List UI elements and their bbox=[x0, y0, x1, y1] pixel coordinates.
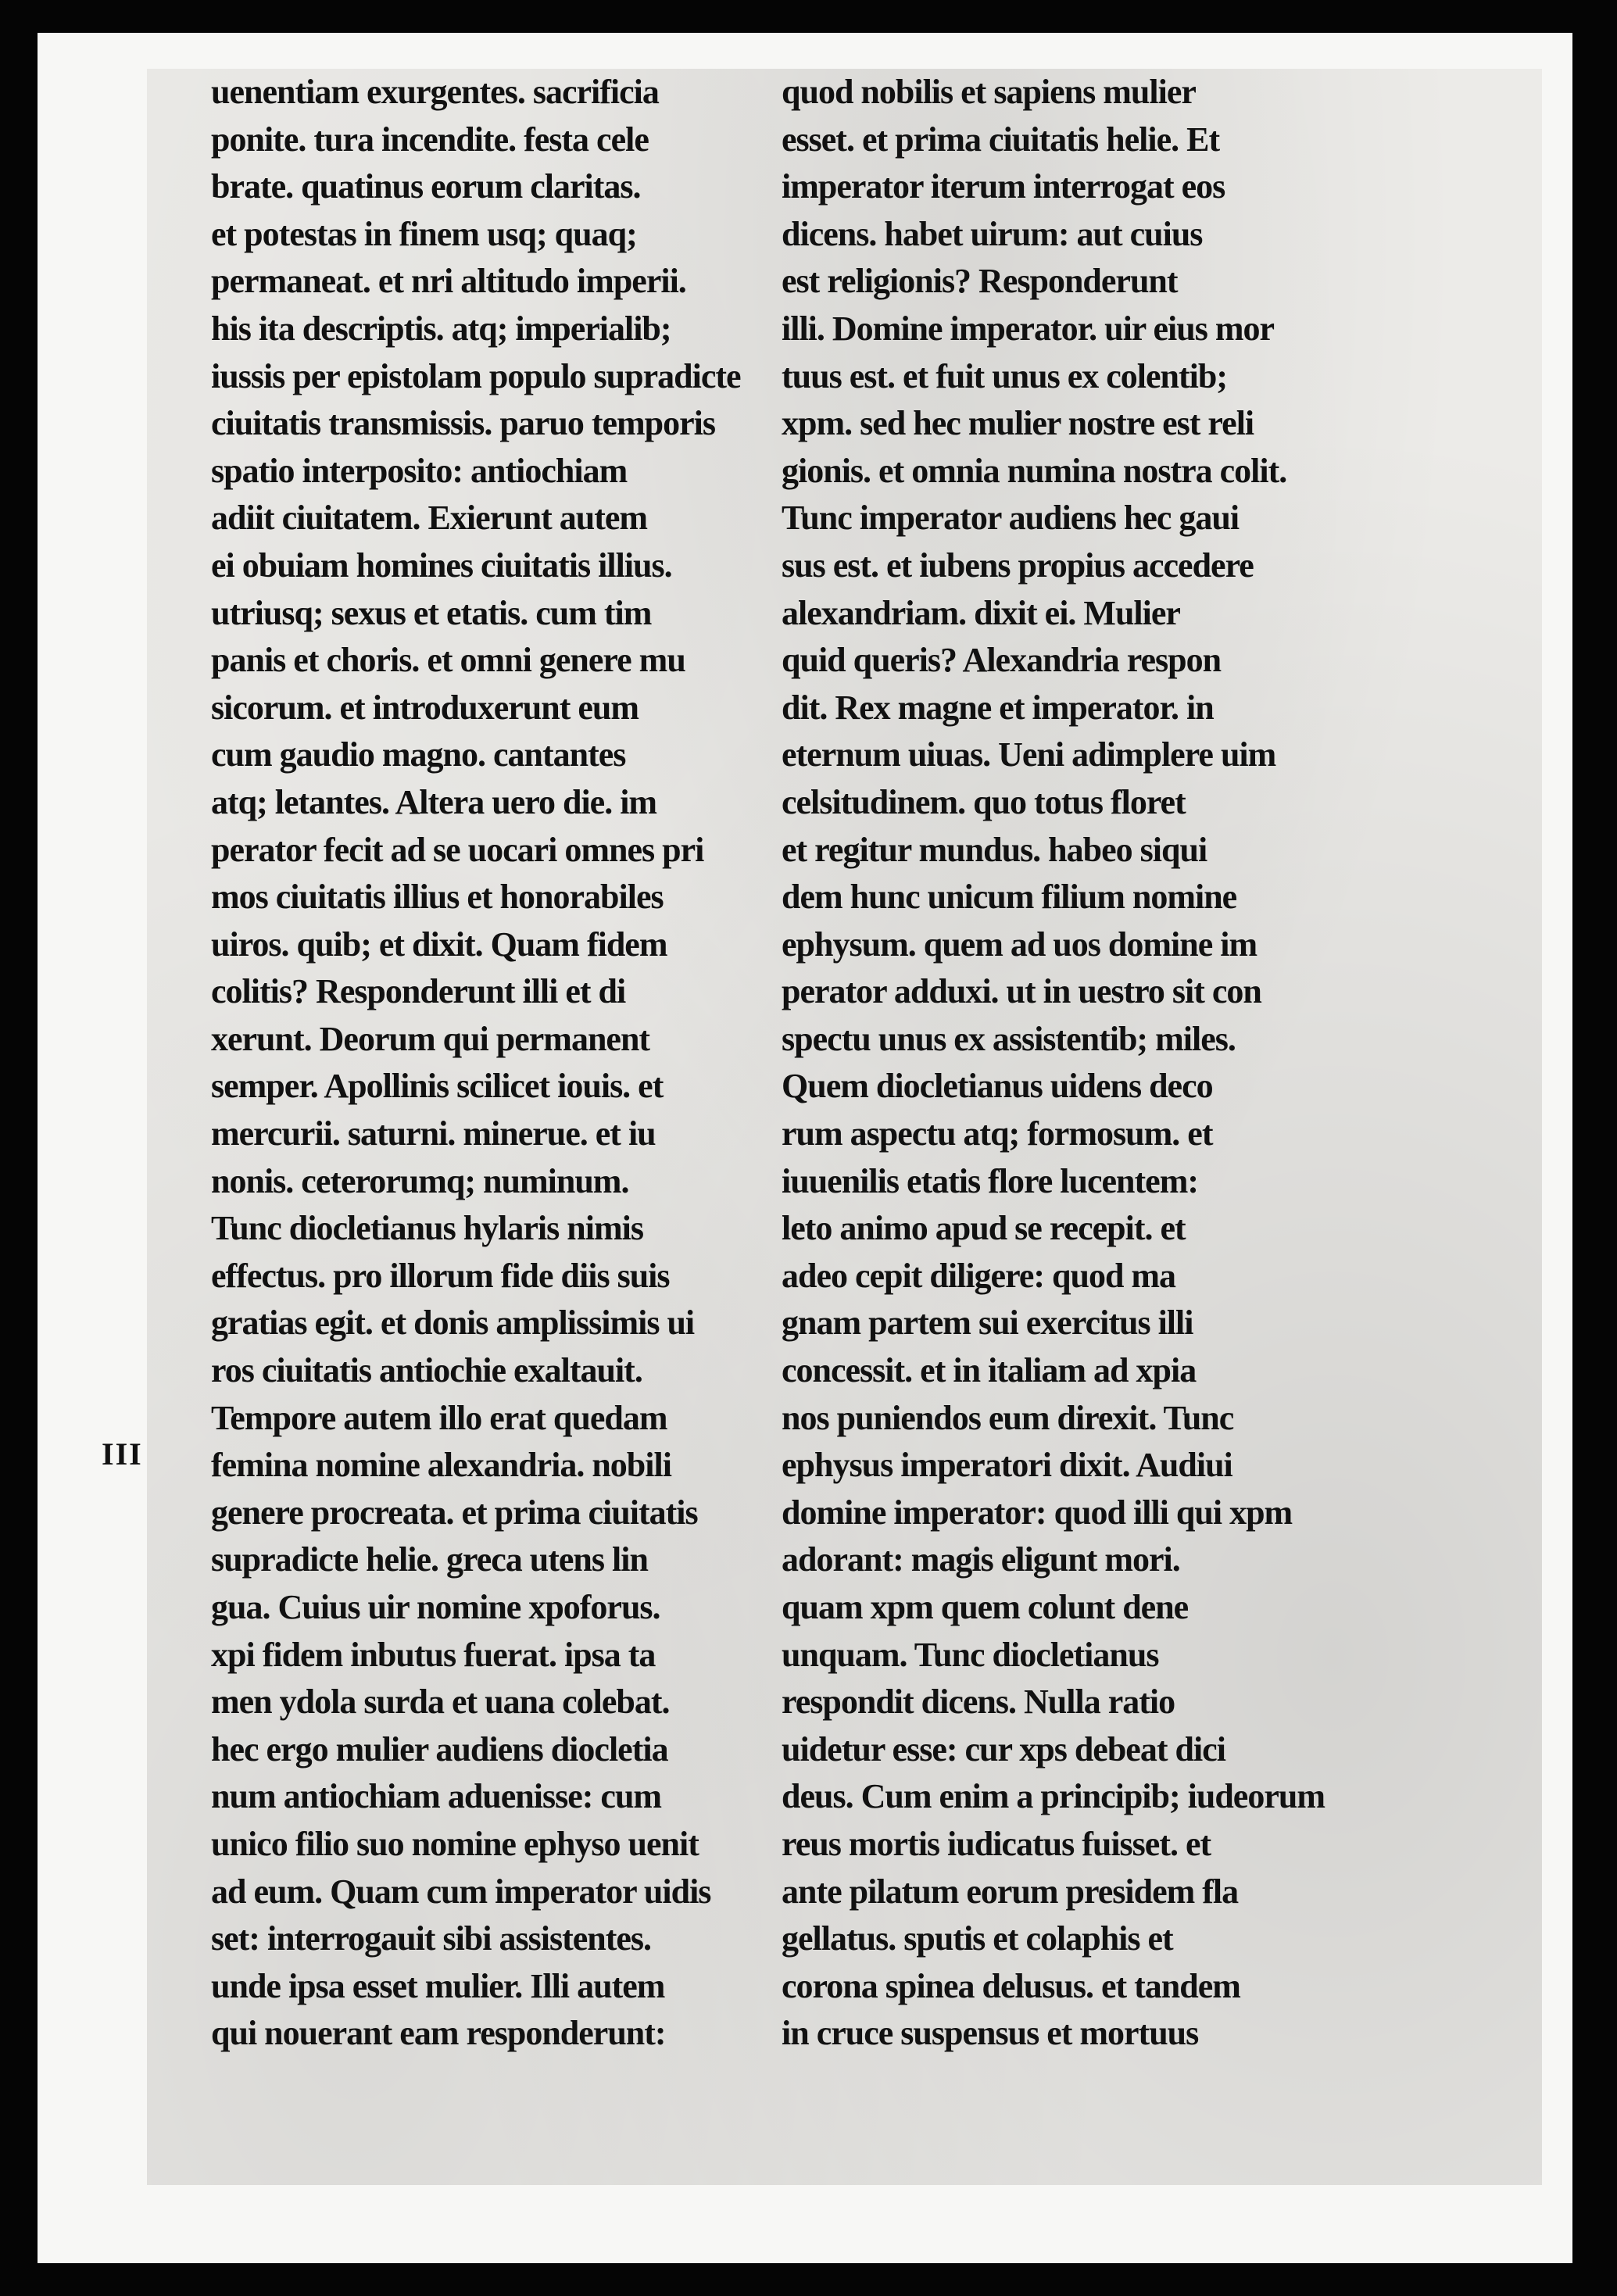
text-line: quod nobilis et sapiens mulier bbox=[782, 69, 1399, 116]
text-line: mos ciuitatis illius et honorabiles bbox=[211, 874, 852, 921]
text-line: ponite. tura incendite. festa cele bbox=[211, 116, 852, 164]
text-line: uiros. quib; et dixit. Quam fidem bbox=[211, 921, 852, 969]
text-line: unde ipsa esset mulier. Illi autem bbox=[211, 1963, 852, 2011]
text-line: spatio interposito: antiochiam bbox=[211, 448, 852, 495]
text-line: Tunc diocletianus hylaris nimis bbox=[211, 1205, 852, 1253]
text-line: ei obuiam homines ciuitatis illius. bbox=[211, 542, 852, 590]
text-line: reus mortis iudicatus fuisset. et bbox=[782, 1821, 1399, 1869]
text-line: xpm. sed hec mulier nostre est reli bbox=[782, 400, 1399, 448]
text-line: tuus est. et fuit unus ex colentib; bbox=[782, 353, 1399, 401]
text-line: respondit dicens. Nulla ratio bbox=[782, 1679, 1399, 1726]
text-line: num antiochiam aduenisse: cum bbox=[211, 1773, 852, 1821]
text-line: imperator iterum interrogat eos bbox=[782, 163, 1399, 211]
text-line: adorant: magis eligunt mori. bbox=[782, 1536, 1399, 1584]
text-line: gua. Cuius uir nomine xpoforus. bbox=[211, 1584, 852, 1632]
text-line: semper. Apollinis scilicet iouis. et bbox=[211, 1063, 852, 1110]
text-line: deus. Cum enim a principib; iudeorum bbox=[782, 1773, 1399, 1821]
text-line: illi. Domine imperator. uir eius mor bbox=[782, 306, 1399, 353]
text-line: Tempore autem illo erat quedam bbox=[211, 1395, 852, 1443]
text-line: supradicte helie. greca utens lin bbox=[211, 1536, 852, 1584]
left-text-column: uenentiam exurgentes. sacrificiaponite. … bbox=[211, 69, 852, 2058]
text-line: concessit. et in italiam ad xpia bbox=[782, 1347, 1399, 1395]
text-line: men ydola surda et uana colebat. bbox=[211, 1679, 852, 1726]
text-line: uenentiam exurgentes. sacrificia bbox=[211, 69, 852, 116]
right-text-column: quod nobilis et sapiens mulieresset. et … bbox=[782, 69, 1399, 2058]
text-line: quid queris? Alexandria respon bbox=[782, 637, 1399, 685]
text-line: leto animo apud se recepit. et bbox=[782, 1205, 1399, 1253]
text-line: et regitur mundus. habeo siqui bbox=[782, 827, 1399, 874]
text-line: uidetur esse: cur xps debeat dici bbox=[782, 1726, 1399, 1774]
text-line: corona spinea delusus. et tandem bbox=[782, 1963, 1399, 2011]
text-line: est religionis? Responderunt bbox=[782, 258, 1399, 306]
text-line: iussis per epistolam populo supradicte bbox=[211, 353, 852, 401]
text-line: ciuitatis transmissis. paruo temporis bbox=[211, 400, 852, 448]
text-line: femina nomine alexandria. nobili bbox=[211, 1442, 852, 1490]
text-line: gnam partem sui exercitus illi bbox=[782, 1300, 1399, 1347]
text-line: domine imperator: quod illi qui xpm bbox=[782, 1490, 1399, 1537]
text-line: ros ciuitatis antiochie exaltauit. bbox=[211, 1347, 852, 1395]
text-line: ephysum. quem ad uos domine im bbox=[782, 921, 1399, 969]
text-line: celsitudinem. quo totus floret bbox=[782, 779, 1399, 827]
text-line: cum gaudio magno. cantantes bbox=[211, 731, 852, 779]
text-line: gellatus. sputis et colaphis et bbox=[782, 1915, 1399, 1963]
text-line: permaneat. et nri altitudo imperii. bbox=[211, 258, 852, 306]
text-line: sus est. et iubens propius accedere bbox=[782, 542, 1399, 590]
text-line: perator adduxi. ut in uestro sit con bbox=[782, 968, 1399, 1016]
text-line: genere procreata. et prima ciuitatis bbox=[211, 1490, 852, 1537]
text-line: ad eum. Quam cum imperator uidis bbox=[211, 1869, 852, 1916]
text-line: xerunt. Deorum qui permanent bbox=[211, 1016, 852, 1064]
text-line: ante pilatum eorum presidem fla bbox=[782, 1869, 1399, 1916]
text-line: quam xpm quem colunt dene bbox=[782, 1584, 1399, 1632]
text-line: unico filio suo nomine ephyso uenit bbox=[211, 1821, 852, 1869]
text-line: his ita descriptis. atq; imperialib; bbox=[211, 306, 852, 353]
text-line: eternum uiuas. Ueni adimplere uim bbox=[782, 731, 1399, 779]
text-line: unquam. Tunc diocletianus bbox=[782, 1632, 1399, 1679]
text-line: esset. et prima ciuitatis helie. Et bbox=[782, 116, 1399, 164]
text-line: et potestas in finem usq; quaq; bbox=[211, 211, 852, 259]
text-line: dicens. habet uirum: aut cuius bbox=[782, 211, 1399, 259]
text-line: panis et choris. et omni genere mu bbox=[211, 637, 852, 685]
text-line: mercurii. saturni. minerue. et iu bbox=[211, 1110, 852, 1158]
text-line: rum aspectu atq; formosum. et bbox=[782, 1110, 1399, 1158]
text-line: gratias egit. et donis amplissimis ui bbox=[211, 1300, 852, 1347]
text-line: ephysus imperatori dixit. Audiui bbox=[782, 1442, 1399, 1490]
text-line: dem hunc unicum filium nomine bbox=[782, 874, 1399, 921]
text-line: hec ergo mulier audiens diocletia bbox=[211, 1726, 852, 1774]
text-line: set: interrogauit sibi assistentes. bbox=[211, 1915, 852, 1963]
text-line: colitis? Responderunt illi et di bbox=[211, 968, 852, 1016]
text-line: in cruce suspensus et mortuus bbox=[782, 2010, 1399, 2058]
text-line: adiit ciuitatem. Exierunt autem bbox=[211, 495, 852, 542]
text-line: sicorum. et introduxerunt eum bbox=[211, 685, 852, 732]
text-line: Tunc imperator audiens hec gaui bbox=[782, 495, 1399, 542]
text-line: perator fecit ad se uocari omnes pri bbox=[211, 827, 852, 874]
text-line: atq; letantes. Altera uero die. im bbox=[211, 779, 852, 827]
text-line: spectu unus ex assistentib; miles. bbox=[782, 1016, 1399, 1064]
text-line: qui nouerant eam responderunt: bbox=[211, 2010, 852, 2058]
margin-numeral: III bbox=[102, 1436, 143, 1472]
text-line: effectus. pro illorum fide diis suis bbox=[211, 1253, 852, 1300]
text-line: xpi fidem inbutus fuerat. ipsa ta bbox=[211, 1632, 852, 1679]
text-line: dit. Rex magne et imperator. in bbox=[782, 685, 1399, 732]
text-line: iuuenilis etatis flore lucentem: bbox=[782, 1158, 1399, 1206]
text-line: nos puniendos eum direxit. Tunc bbox=[782, 1395, 1399, 1443]
text-line: nonis. ceterorumq; numinum. bbox=[211, 1158, 852, 1206]
text-line: adeo cepit diligere: quod ma bbox=[782, 1253, 1399, 1300]
text-line: gionis. et omnia numina nostra colit. bbox=[782, 448, 1399, 495]
text-line: utriusq; sexus et etatis. cum tim bbox=[211, 590, 852, 638]
text-line: Quem diocletianus uidens deco bbox=[782, 1063, 1399, 1110]
text-line: alexandriam. dixit ei. Mulier bbox=[782, 590, 1399, 638]
text-line: brate. quatinus eorum claritas. bbox=[211, 163, 852, 211]
